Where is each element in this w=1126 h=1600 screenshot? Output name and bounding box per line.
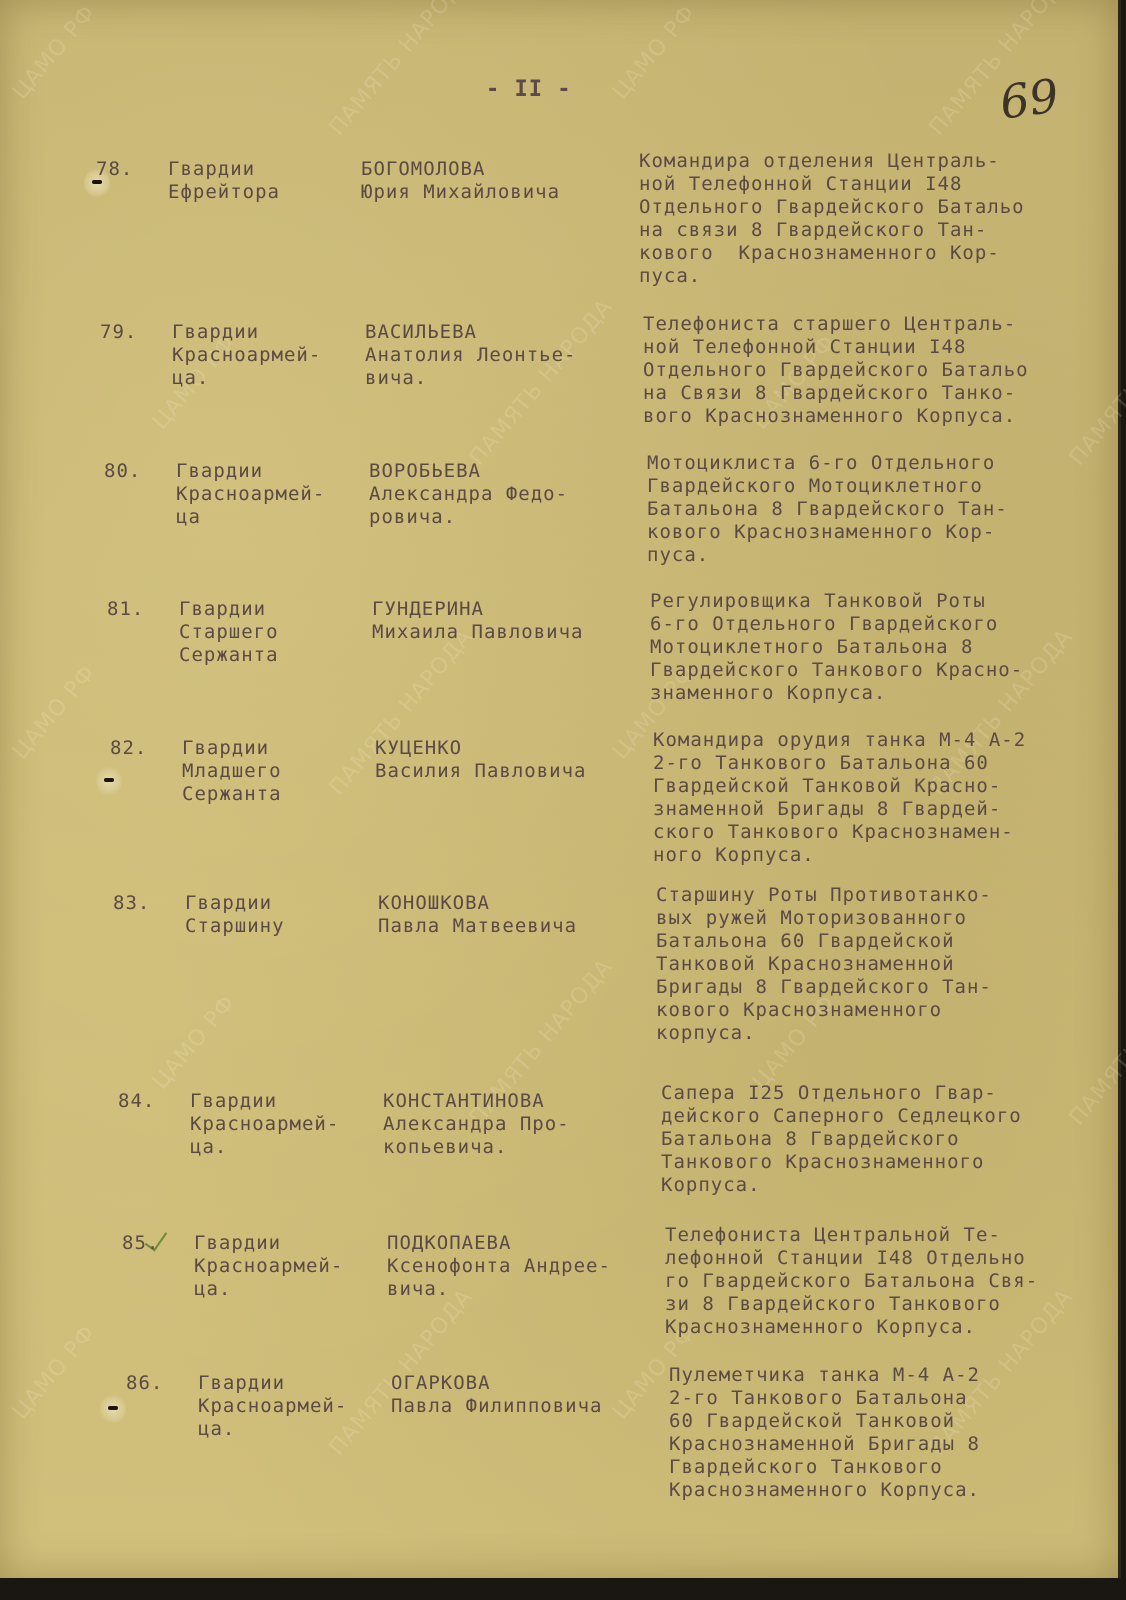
entry-number: 82. <box>110 737 147 760</box>
entry-name: КОНСТАНТИНОВА Александра Про- копьевича. <box>383 1090 570 1159</box>
entry-unit: Телефониста старшего Централь- ной Телеф… <box>643 313 1029 428</box>
entry-unit: Сапера I25 Отдельного Гвар- дейского Сап… <box>661 1082 1022 1197</box>
entry-number: 83. <box>113 892 150 915</box>
entry-rank: Гвардии Красноармей- ца. <box>172 321 321 390</box>
entry-unit: Телефониста Центральной Те- лефонной Ста… <box>665 1224 1038 1339</box>
watermark-text: ПАМЯТЬ НАРОДА <box>1065 954 1126 1130</box>
entry-name: ВОРОБЬЕВА Александра Федо- ровича. <box>369 460 568 529</box>
entry-rank: Гвардии Красноармей- ца <box>176 460 325 529</box>
entry-rank: Гвардии Старшину <box>185 892 285 938</box>
punch-hole <box>100 1394 126 1424</box>
entry-name: ОГАРКОВА Павла Филипповича <box>391 1372 602 1418</box>
entry-name: КОНОШКОВА Павла Матвеевича <box>378 892 577 938</box>
entry-rank: Гвардии Младшего Сержанта <box>182 737 282 806</box>
watermark-text: ЦАМО РФ <box>148 991 241 1095</box>
entry-rank: Гвардии Красноармей- ца. <box>194 1232 343 1301</box>
watermark-text: ПАМЯТЬ НАРОДА <box>1065 294 1126 470</box>
entry-unit: Пулеметчика танка М-4 А-2 2-го Танкового… <box>669 1364 980 1502</box>
entry-name: ГУНДЕРИНА Михаила Павловича <box>372 598 583 644</box>
document-page: ЦАМО РФПАМЯТЬ НАРОДАЦАМО РФПАМЯТЬ НАРОДА… <box>0 0 1121 1578</box>
entry-rank: Гвардии Красноармей- ца. <box>198 1372 347 1441</box>
entry-rank: Гвардии Ефрейтора <box>168 158 280 204</box>
entry-rank: Гвардии Красноармей- ца. <box>190 1090 339 1159</box>
entry-number: 80. <box>104 460 141 483</box>
entry-unit: Мотоциклиста 6-го Отдельного Гвардейског… <box>647 452 1008 567</box>
entry-name: КУЦЕНКО Василия Павловича <box>375 737 586 783</box>
watermark-text: ЦАМО РФ <box>8 1321 101 1425</box>
entry-unit: Командира отделения Централь- ной Телефо… <box>639 150 1025 288</box>
watermark-text: ПАМЯТЬ НАРОДА <box>325 0 478 141</box>
entry-unit: Старшину Роты Противотанко- вых ружей Мо… <box>656 884 992 1045</box>
watermark-text: ЦАМО РФ <box>608 1 701 105</box>
entry-unit: Регулировщика Танковой Роты 6-го Отдельн… <box>650 590 1023 705</box>
entry-number: 85. <box>122 1232 159 1255</box>
watermark-text: ЦАМО РФ <box>8 1 101 105</box>
entry-name: ПОДКОПАЕВА Ксенофонта Андрее- вича. <box>387 1232 611 1301</box>
punch-hole <box>96 766 122 796</box>
entry-number: 86. <box>126 1372 163 1395</box>
entry-name: ВАСИЛЬЕВА Анатолия Леонтье- вича. <box>365 321 576 390</box>
entry-name: БОГОМОЛОВА Юрия Михайловича <box>361 158 560 204</box>
entry-unit: Командира орудия танка М-4 А-2 2-го Танк… <box>653 729 1026 867</box>
entry-number: 79. <box>100 321 137 344</box>
entry-number: 78. <box>96 158 133 181</box>
entry-number: 81. <box>107 598 144 621</box>
archive-sheet-number: 69 <box>997 68 1062 130</box>
watermark-text: ЦАМО РФ <box>8 661 101 765</box>
entry-number: 84. <box>118 1090 155 1113</box>
page-number: - II - <box>486 78 571 101</box>
entry-rank: Гвардии Старшего Сержанта <box>179 598 279 667</box>
